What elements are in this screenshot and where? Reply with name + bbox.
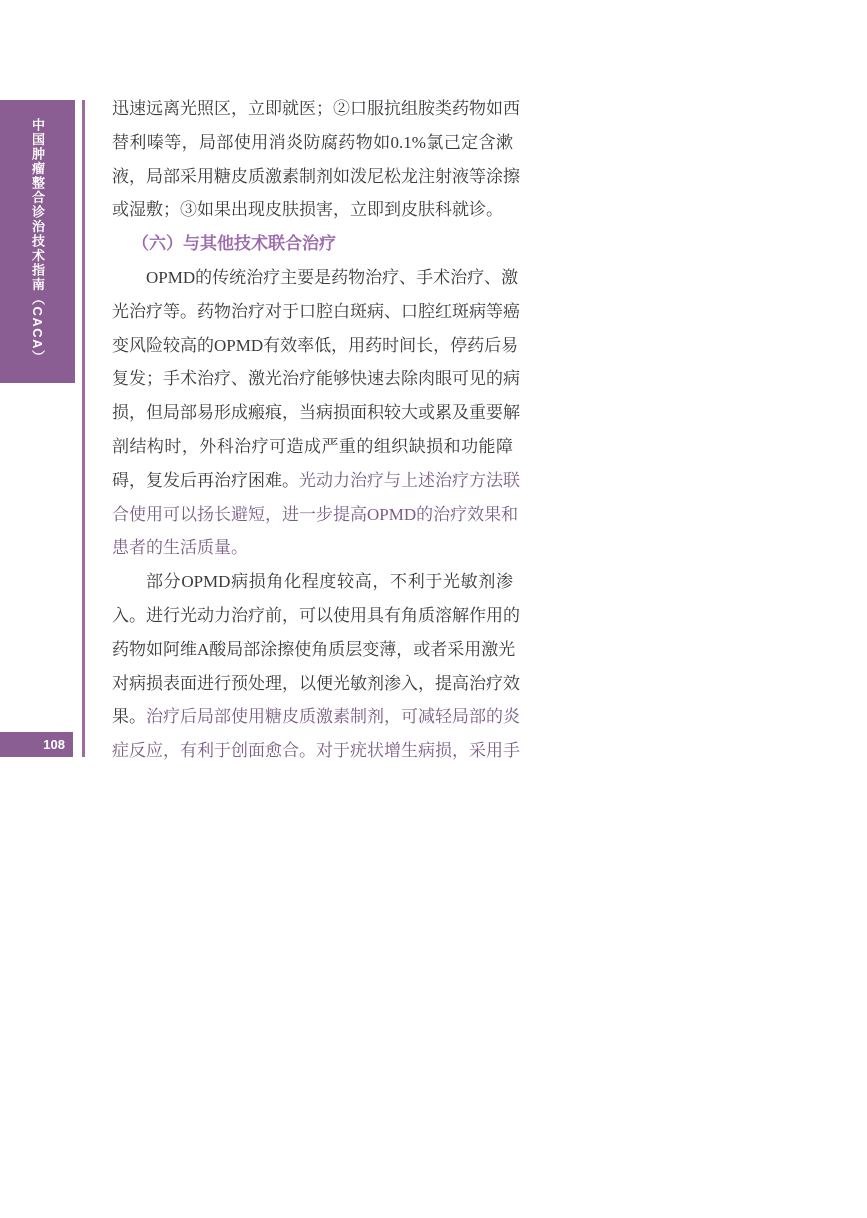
key-sentence-text: 症反应，有利于创面愈合。对于疣状增生病损，采用手 xyxy=(112,741,520,760)
page-number-badge: 108 xyxy=(0,732,73,757)
text-line: 对病损表面进行预处理，以便光敏剂渗入，提高治疗效 xyxy=(112,667,513,701)
text-line: 症反应，有利于创面愈合。对于疣状增生病损，采用手 xyxy=(112,734,513,768)
text-line: OPMD的传统治疗主要是药物治疗、手术治疗、激 xyxy=(112,261,513,295)
body-text: 部分OPMD病损角化程度较高，不利于光敏剂渗 xyxy=(146,572,513,591)
text-line: 替利嗪等，局部使用消炎防腐药物如0.1%氯己定含漱 xyxy=(112,126,513,160)
text-line: 迅速远离光照区，立即就医；②口服抗组胺类药物如西 xyxy=(112,92,513,126)
book-title-vertical: 中国肿瘤整合诊治技术指南（CACA） xyxy=(28,118,47,365)
text-line: 部分OPMD病损角化程度较高，不利于光敏剂渗 xyxy=(112,565,513,599)
text-line: 患者的生活质量。 xyxy=(112,531,513,565)
text-line: 复发；手术治疗、激光治疗能够快速去除肉眼可见的病 xyxy=(112,362,513,396)
text-line: 或湿敷；③如果出现皮肤损害，立即到皮肤科就诊。 xyxy=(112,193,513,227)
text-line: 液，局部采用糖皮质激素制剂如泼尼松龙注射液等涂擦 xyxy=(112,160,513,194)
body-text: 剖结构时，外科治疗可造成严重的组织缺损和功能障 xyxy=(112,437,513,456)
body-text: 损，但局部易形成瘢痕，当病损面积较大或累及重要解 xyxy=(112,403,520,422)
key-sentence-text: 合使用可以扬长避短，进一步提高OPMD的治疗效果和 xyxy=(112,505,518,524)
paragraph-traditional-treatment: OPMD的传统治疗主要是药物治疗、手术治疗、激光治疗等。药物治疗对于口腔白斑病、… xyxy=(112,261,513,565)
spine-divider-line xyxy=(82,100,85,757)
paragraph-continuation: 迅速远离光照区，立即就医；②口服抗组胺类药物如西替利嗪等，局部使用消炎防腐药物如… xyxy=(112,92,513,227)
body-text: 复发；手术治疗、激光治疗能够快速去除肉眼可见的病 xyxy=(112,369,520,388)
text-line: 损，但局部易形成瘢痕，当病损面积较大或累及重要解 xyxy=(112,396,513,430)
body-text-column: 迅速远离光照区，立即就医；②口服抗组胺类药物如西替利嗪等，局部使用消炎防腐药物如… xyxy=(112,92,513,768)
key-sentence-text: 患者的生活质量。 xyxy=(112,538,248,557)
key-sentence-text: 光动力治疗与上述治疗方法联 xyxy=(299,471,520,490)
text-line: 光治疗等。药物治疗对于口腔白斑病、口腔红斑病等癌 xyxy=(112,295,513,329)
body-text: 光治疗等。药物治疗对于口腔白斑病、口腔红斑病等癌 xyxy=(112,302,520,321)
text-line: 入。进行光动力治疗前，可以使用具有角质溶解作用的 xyxy=(112,599,513,633)
text-line: 药物如阿维A酸局部涂擦使角质层变薄，或者采用激光 xyxy=(112,633,513,667)
body-text: 入。进行光动力治疗前，可以使用具有角质溶解作用的 xyxy=(112,606,520,625)
body-text: 迅速远离光照区，立即就医；②口服抗组胺类药物如西 xyxy=(112,99,520,118)
body-text: 药物如阿维A酸局部涂擦使角质层变薄，或者采用激光 xyxy=(112,640,515,659)
book-page: 中国肿瘤整合诊治技术指南（CACA） 108 迅速远离光照区，立即就医；②口服抗… xyxy=(0,0,867,1218)
body-text: 果。 xyxy=(112,707,146,726)
paragraph-keratinization: 部分OPMD病损角化程度较高，不利于光敏剂渗入。进行光动力治疗前，可以使用具有角… xyxy=(112,565,513,768)
section-heading: （六）与其他技术联合治疗 xyxy=(112,227,513,261)
text-line: 变风险较高的OPMD有效率低，用药时间长，停药后易 xyxy=(112,329,513,363)
key-sentence-text: 治疗后局部使用糖皮质激素制剂，可减轻局部的炎 xyxy=(146,707,520,726)
text-line: 果。治疗后局部使用糖皮质激素制剂，可减轻局部的炎 xyxy=(112,700,513,734)
text-line: 碍，复发后再治疗困难。光动力治疗与上述治疗方法联 xyxy=(112,464,513,498)
body-text: 变风险较高的OPMD有效率低，用药时间长，停药后易 xyxy=(112,336,518,355)
body-text: 碍，复发后再治疗困难。 xyxy=(112,471,299,490)
body-text: 液，局部采用糖皮质激素制剂如泼尼松龙注射液等涂擦 xyxy=(112,167,520,186)
text-line: 剖结构时，外科治疗可造成严重的组织缺损和功能障 xyxy=(112,430,513,464)
spine-title-bar: 中国肿瘤整合诊治技术指南（CACA） xyxy=(0,100,75,383)
body-text: OPMD的传统治疗主要是药物治疗、手术治疗、激 xyxy=(146,268,518,287)
body-text: 替利嗪等，局部使用消炎防腐药物如0.1%氯己定含漱 xyxy=(112,133,513,152)
body-text: 对病损表面进行预处理，以便光敏剂渗入，提高治疗效 xyxy=(112,674,520,693)
body-text: 或湿敷；③如果出现皮肤损害，立即到皮肤科就诊。 xyxy=(112,200,503,219)
page-number: 108 xyxy=(43,737,65,752)
text-line: 合使用可以扬长避短，进一步提高OPMD的治疗效果和 xyxy=(112,498,513,532)
